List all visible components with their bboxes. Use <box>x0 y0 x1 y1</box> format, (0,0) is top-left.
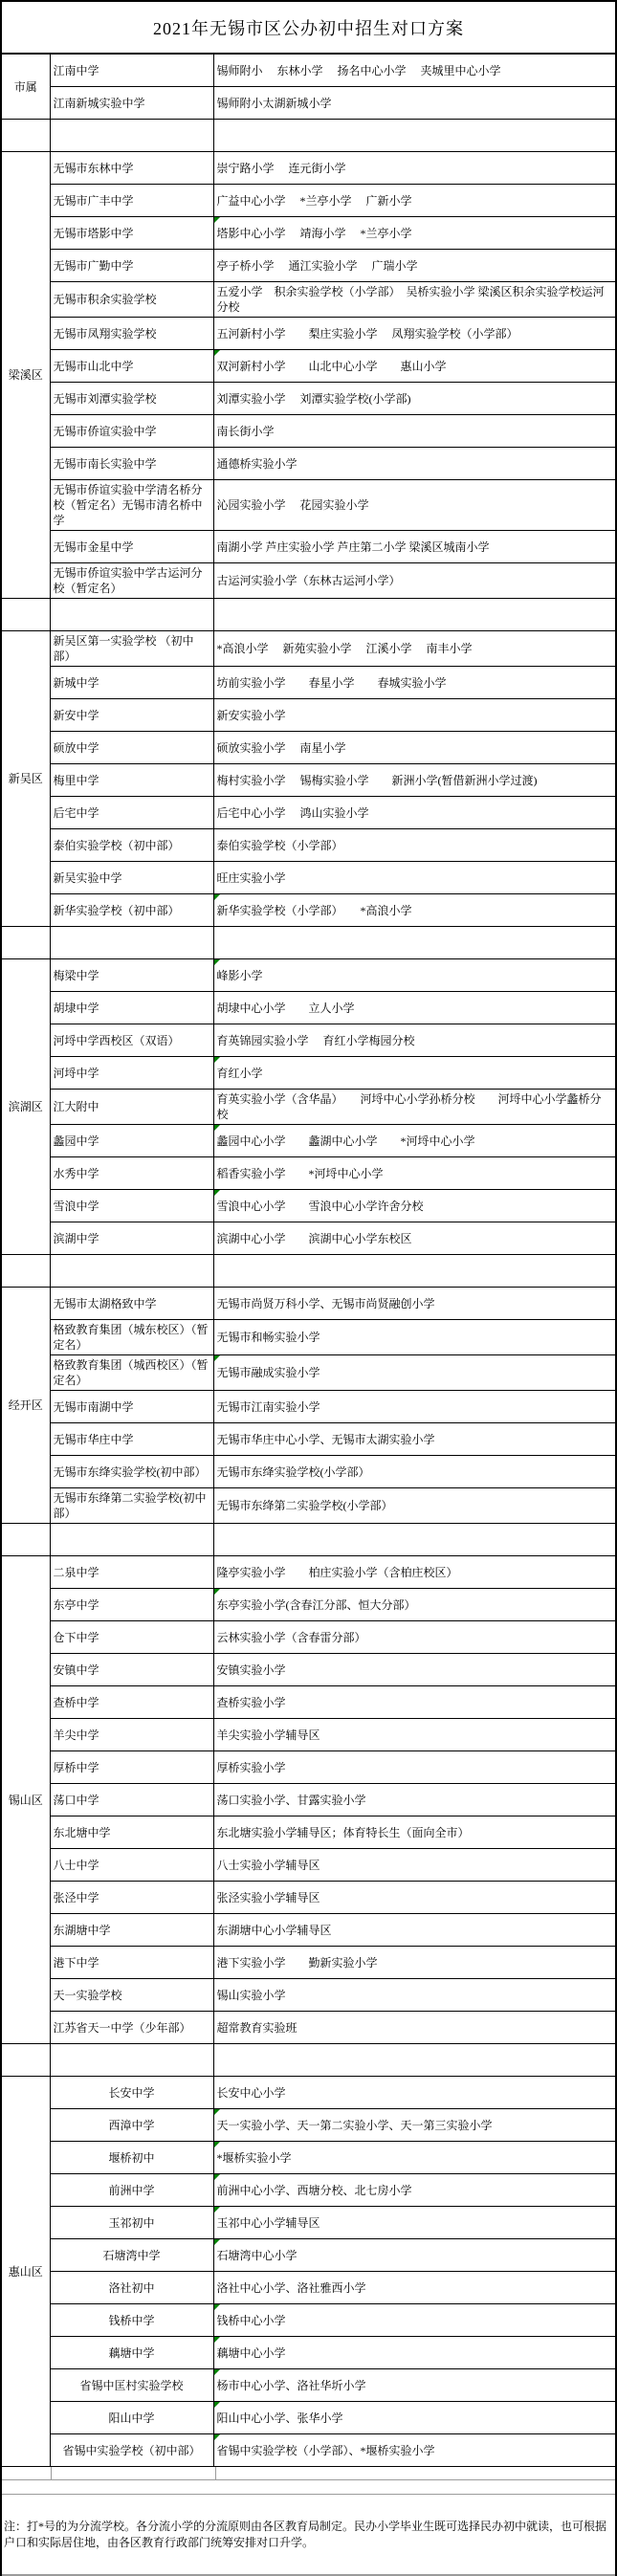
middle-school-cell: 无锡市广丰中学 <box>50 185 213 217</box>
middle-school-cell: 江南中学 <box>50 54 213 87</box>
table-row: 查桥中学查桥实验小学 <box>1 1686 616 1719</box>
separator-cell <box>1 2044 50 2077</box>
middle-school-cell: 钱桥中学 <box>50 2304 213 2337</box>
separator-cell <box>50 599 213 631</box>
primary-schools-cell: 张泾实验小学辅导区 <box>213 1882 616 1914</box>
table-row: 无锡市积余实验学校五爱小学 积余实验学校（小学部） 吴桥实验小学 梁溪区积余实验… <box>1 282 616 318</box>
middle-school-cell: 长安中学 <box>50 2077 213 2109</box>
table-row: 无锡市凤翔实验学校五河新村小学 梨庄实验小学 凤翔实验学校（小学部） <box>1 318 616 350</box>
green-corner-marker-icon <box>214 1355 220 1361</box>
table-row: 仓下中学云林实验小学（含春雷分部） <box>1 1621 616 1654</box>
table-row: 东北塘中学东北塘实验小学辅导区；体育特长生（面向全市） <box>1 1816 616 1849</box>
primary-schools-cell: 长安中心小学 <box>213 2077 616 2109</box>
district-cell: 锡山区 <box>1 1556 50 2044</box>
table-row: 天一实验学校锡山实验小学 <box>1 1979 616 2012</box>
primary-schools-cell: 无锡市东绛第二实验学校(小学部） <box>213 1488 616 1524</box>
table-row: 江苏省天一中学（少年部）超常教育实验班 <box>1 2012 616 2044</box>
table-row: 八士中学八士实验小学辅导区 <box>1 1849 616 1882</box>
separator-cell <box>213 927 616 959</box>
green-corner-marker-icon <box>214 2402 220 2408</box>
table-row: 新安中学新安实验小学 <box>1 699 616 732</box>
green-corner-marker-icon <box>214 2109 220 2115</box>
footnote-box: 注：打*号的为分流学校。各分流小学的分流原则由各区教育局制定。民办小学毕业生既可… <box>2 2495 615 2576</box>
primary-schools-cell: 隆亭实验小学 柏庄实验小学（含柏庄校区） <box>213 1556 616 1589</box>
middle-school-cell: 无锡市东林中学 <box>50 152 213 185</box>
primary-schools-cell: *高浪小学 新苑实验小学 江溪小学 南丰小学 <box>213 631 616 667</box>
middle-school-cell: 胡埭中学 <box>50 992 213 1024</box>
green-corner-marker-icon <box>214 2434 220 2440</box>
table-row: 厚桥中学厚桥实验小学 <box>1 1751 616 1784</box>
separator-cell <box>1 599 50 631</box>
primary-schools-cell: 崇宁路小学 连元街小学 <box>213 152 616 185</box>
table-row: 格致教育集团（城东校区）（暂定名）无锡市和畅实验小学 <box>1 1320 616 1355</box>
separator-cell <box>50 120 213 152</box>
table-row: 后宅中学后宅中心小学 鸿山实验小学 <box>1 797 616 829</box>
table-row: 江大附中育英实验小学（含华晶） 河埒中心小学孙桥分校 河埒中心小学蠡桥分校 <box>1 1090 616 1125</box>
middle-school-cell: 荡口中学 <box>50 1784 213 1816</box>
district-cell: 滨湖区 <box>1 959 50 1255</box>
table-row: 西漳中学天一实验小学、天一第二实验小学、天一第三实验小学 <box>1 2109 616 2142</box>
green-corner-marker-icon <box>214 1190 220 1196</box>
primary-schools-cell: 安镇实验小学 <box>213 1654 616 1686</box>
primary-schools-cell: 前洲中心小学、西塘分校、北七房小学 <box>213 2174 616 2207</box>
primary-schools-cell: 无锡市融成实验小学 <box>213 1355 616 1391</box>
primary-schools-cell: 东亭实验小学(含春江分部、恒大分部） <box>213 1589 616 1621</box>
table-row: 江南新城实验中学锡师附小太湖新城小学 <box>1 87 616 120</box>
table-row: 阳山中学阳山中心小学、张华小学 <box>1 2402 616 2434</box>
primary-schools-cell: 亭子桥小学 通江实验小学 广瑞小学 <box>213 250 616 282</box>
table-row: 无锡市东绛实验学校(初中部）无锡市东绛实验学校(小学部） <box>1 1456 616 1488</box>
primary-schools-cell: 刘潭实验小学 刘潭实验学校(小学部) <box>213 383 616 415</box>
separator-cell <box>213 2044 616 2077</box>
table-row: 水秀中学稻香实验小学 *河埒中心小学 <box>1 1157 616 1190</box>
middle-school-cell: 蠡园中学 <box>50 1125 213 1157</box>
primary-schools-cell: 滨湖中心小学 滨湖中心小学东校区 <box>213 1222 616 1255</box>
primary-schools-cell: 新华实验学校（小学部） *高浪小学 <box>213 894 616 927</box>
primary-schools-cell: 洛社中心小学、洛社雅西小学 <box>213 2272 616 2304</box>
middle-school-cell: 无锡市山北中学 <box>50 350 213 383</box>
separator-cell <box>50 1255 213 1288</box>
primary-schools-cell: 羊尖实验小学辅导区 <box>213 1719 616 1751</box>
separator-row <box>1 120 616 152</box>
primary-schools-cell: 杨市中心小学、洛社华圻小学 <box>213 2369 616 2402</box>
separator-cell <box>50 1524 213 1556</box>
primary-schools-cell: 蠡园中心小学 蠡湖中心小学 *河埒中心小学 <box>213 1125 616 1157</box>
separator-cell <box>1 1255 50 1288</box>
table-row: 新吴实验中学旺庄实验小学 <box>1 862 616 894</box>
middle-school-cell: 新城中学 <box>50 667 213 699</box>
primary-schools-cell: 南湖小学 芦庄实验小学 芦庄第二小学 梁溪区城南小学 <box>213 531 616 563</box>
middle-school-cell: 东北塘中学 <box>50 1816 213 1849</box>
separator-row <box>1 927 616 959</box>
primary-schools-cell: 省锡中实验学校（小学部）、*堰桥实验小学 <box>213 2434 616 2467</box>
district-cell: 经开区 <box>1 1288 50 1524</box>
table-row: 省锡中实验学校（初中部）省锡中实验学校（小学部）、*堰桥实验小学 <box>1 2434 616 2467</box>
primary-schools-cell: 沁园实验小学 花园实验小学 <box>213 480 616 531</box>
middle-school-cell: 西漳中学 <box>50 2109 213 2142</box>
separator-row <box>1 2044 616 2077</box>
middle-school-cell: 无锡市东绛第二实验学校(初中部） <box>50 1488 213 1524</box>
middle-school-cell: 格致教育集团（城西校区）（暂定名） <box>50 1355 213 1391</box>
table-row: 雪浪中学雪浪中心小学 雪浪中心小学许舍分校 <box>1 1190 616 1222</box>
middle-school-cell: 江大附中 <box>50 1090 213 1125</box>
green-corner-marker-icon <box>214 894 220 900</box>
green-corner-marker-icon <box>214 2174 220 2180</box>
green-corner-marker-icon <box>214 1589 220 1595</box>
middle-school-cell: 格致教育集团（城东校区）（暂定名） <box>50 1320 213 1355</box>
primary-schools-cell: 胡埭中心小学 立人小学 <box>213 992 616 1024</box>
middle-school-cell: 天一实验学校 <box>50 1979 213 2012</box>
primary-schools-cell: 云林实验小学（含春雷分部） <box>213 1621 616 1654</box>
primary-schools-cell: 荡口实验小学、甘露实验小学 <box>213 1784 616 1816</box>
primary-schools-cell: 旺庄实验小学 <box>213 862 616 894</box>
primary-schools-cell: 无锡市和畅实验小学 <box>213 1320 616 1355</box>
table-row: 无锡市东绛第二实验学校(初中部）无锡市东绛第二实验学校(小学部） <box>1 1488 616 1524</box>
middle-school-cell: 泰伯实验学校（初中部） <box>50 829 213 862</box>
primary-schools-cell: 双河新村小学 山北中心小学 惠山小学 <box>213 350 616 383</box>
primary-schools-cell: 查桥实验小学 <box>213 1686 616 1719</box>
middle-school-cell: 无锡市太湖格致中学 <box>50 1288 213 1320</box>
middle-school-cell: 厚桥中学 <box>50 1751 213 1784</box>
primary-schools-cell: 东湖塘中心小学辅导区 <box>213 1914 616 1947</box>
table-row: 河埒中学西校区（双语）育英锦园实验小学 育红小学梅园分校 <box>1 1024 616 1057</box>
table-row: 经开区无锡市太湖格致中学无锡市尚贤万科小学、无锡市尚贤融创小学 <box>1 1288 616 1320</box>
middle-school-cell: 石塘湾中学 <box>50 2239 213 2272</box>
primary-schools-cell: 东北塘实验小学辅导区；体育特长生（面向全市） <box>213 1816 616 1849</box>
primary-schools-cell: 无锡市尚贤万科小学、无锡市尚贤融创小学 <box>213 1288 616 1320</box>
middle-school-cell: 新安中学 <box>50 699 213 732</box>
table-row: 河埒中学育红小学 <box>1 1057 616 1090</box>
middle-school-cell: 无锡市金星中学 <box>50 531 213 563</box>
separator-cell <box>213 1524 616 1556</box>
middle-school-cell: 新吴区第一实验学校 （初中部） <box>50 631 213 667</box>
middle-school-cell: 省锡中匡村实验学校 <box>50 2369 213 2402</box>
table-row: 新城中学坊前实验小学 春星小学 春城实验小学 <box>1 667 616 699</box>
green-corner-marker-icon <box>214 2337 220 2343</box>
table-row: 胡埭中学胡埭中心小学 立人小学 <box>1 992 616 1024</box>
green-corner-marker-icon <box>214 217 220 223</box>
middle-school-cell: 前洲中学 <box>50 2174 213 2207</box>
table-row: 洛社初中洛社中心小学、洛社雅西小学 <box>1 2272 616 2304</box>
middle-school-cell: 无锡市刘潭实验学校 <box>50 383 213 415</box>
primary-schools-cell: 藕塘中心小学 <box>213 2337 616 2369</box>
separator-cell <box>50 927 213 959</box>
primary-schools-cell: *堰桥实验小学 <box>213 2142 616 2174</box>
separator-cell <box>213 1255 616 1288</box>
middle-school-cell: 无锡市凤翔实验学校 <box>50 318 213 350</box>
middle-school-cell: 洛社初中 <box>50 2272 213 2304</box>
middle-school-cell: 东亭中学 <box>50 1589 213 1621</box>
green-corner-marker-icon <box>214 2142 220 2147</box>
footer-separator-row <box>2 2467 615 2480</box>
table-row: 滨湖区梅梁中学峰影小学 <box>1 959 616 992</box>
primary-schools-cell: 阳山中心小学、张华小学 <box>213 2402 616 2434</box>
table-row: 无锡市侨谊实验中学清名桥分校（暂定名）无锡市清名桥中学沁园实验小学 花园实验小学 <box>1 480 616 531</box>
primary-schools-cell: 锡师附小太湖新城小学 <box>213 87 616 120</box>
green-corner-marker-icon <box>214 1057 220 1063</box>
primary-schools-cell: 稻香实验小学 *河埒中心小学 <box>213 1157 616 1190</box>
middle-school-cell: 河埒中学西校区（双语） <box>50 1024 213 1057</box>
table-row: 荡口中学荡口实验小学、甘露实验小学 <box>1 1784 616 1816</box>
green-corner-marker-icon <box>214 2239 220 2245</box>
primary-schools-cell: 泰伯实验学校（小学部） <box>213 829 616 862</box>
table-row: 无锡市广勤中学亭子桥小学 通江实验小学 广瑞小学 <box>1 250 616 282</box>
separator-cell <box>1 927 50 959</box>
primary-schools-cell: 玉祁中心小学辅导区 <box>213 2207 616 2239</box>
primary-schools-cell: 锡山实验小学 <box>213 1979 616 2012</box>
primary-schools-cell: 锡师附小 东林小学 扬名中心小学 夹城里中心小学 <box>213 54 616 87</box>
primary-schools-cell: 无锡市江南实验小学 <box>213 1391 616 1423</box>
table-row: 无锡市刘潭实验学校刘潭实验小学 刘潭实验学校(小学部) <box>1 383 616 415</box>
table-row: 蠡园中学蠡园中心小学 蠡湖中心小学 *河埒中心小学 <box>1 1125 616 1157</box>
table-row: 无锡市华庄中学无锡市华庄中心小学、无锡市太湖实验小学 <box>1 1423 616 1456</box>
primary-schools-cell: 雪浪中心小学 雪浪中心小学许舍分校 <box>213 1190 616 1222</box>
table-row: 无锡市南湖中学无锡市江南实验小学 <box>1 1391 616 1423</box>
separator-row <box>1 1255 616 1288</box>
middle-school-cell: 张泾中学 <box>50 1882 213 1914</box>
middle-school-cell: 水秀中学 <box>50 1157 213 1190</box>
primary-schools-cell: 钱桥中心小学 <box>213 2304 616 2337</box>
separator-cell <box>213 120 616 152</box>
page-title: 2021年无锡市区公办初中招生对口方案 <box>0 0 617 53</box>
primary-schools-cell: 后宅中心小学 鸿山实验小学 <box>213 797 616 829</box>
middle-school-cell: 无锡市侨谊实验中学古运河分校（暂定名） <box>50 563 213 599</box>
middle-school-cell: 无锡市南长实验中学 <box>50 448 213 480</box>
green-corner-marker-icon <box>214 350 220 356</box>
table-row: 无锡市侨谊实验中学南长街小学 <box>1 415 616 448</box>
primary-schools-cell: 天一实验小学、天一第二实验小学、天一第三实验小学 <box>213 2109 616 2142</box>
table-row: 新吴区新吴区第一实验学校 （初中部）*高浪小学 新苑实验小学 江溪小学 南丰小学 <box>1 631 616 667</box>
table-row: 玉祁初中玉祁中心小学辅导区 <box>1 2207 616 2239</box>
primary-schools-cell: 硕放实验小学 南星小学 <box>213 732 616 764</box>
district-cell: 梁溪区 <box>1 152 50 599</box>
middle-school-cell: 梅里中学 <box>50 764 213 797</box>
primary-schools-cell: 峰影小学 <box>213 959 616 992</box>
table-row: 堰桥初中*堰桥实验小学 <box>1 2142 616 2174</box>
separator-row <box>1 599 616 631</box>
table-row: 东湖塘中学东湖塘中心小学辅导区 <box>1 1914 616 1947</box>
primary-schools-cell: 无锡市东绛实验学校(小学部） <box>213 1456 616 1488</box>
separator-cell <box>1 120 50 152</box>
green-corner-marker-icon <box>214 2369 220 2375</box>
table-footer-area: 注：打*号的为分流学校。各分流小学的分流原则由各区教育局制定。民办小学毕业生既可… <box>0 2467 617 2576</box>
table-row: 无锡市广丰中学广益中心小学 *兰亭小学 广新小学 <box>1 185 616 217</box>
table-row: 无锡市南长实验中学通德桥实验小学 <box>1 448 616 480</box>
separator-row <box>1 1524 616 1556</box>
middle-school-cell: 后宅中学 <box>50 797 213 829</box>
primary-schools-cell: 梅村实验小学 锡梅实验小学 新洲小学(暂借新洲小学过渡) <box>213 764 616 797</box>
middle-school-cell: 滨湖中学 <box>50 1222 213 1255</box>
middle-school-cell: 港下中学 <box>50 1947 213 1979</box>
table-row: 张泾中学张泾实验小学辅导区 <box>1 1882 616 1914</box>
district-cell: 新吴区 <box>1 631 50 927</box>
document-page: 2021年无锡市区公办初中招生对口方案 市属江南中学锡师附小 东林小学 扬名中心… <box>0 0 617 2576</box>
separator-cell <box>213 599 616 631</box>
middle-school-cell: 无锡市东绛实验学校(初中部） <box>50 1456 213 1488</box>
primary-schools-cell: 八士实验小学辅导区 <box>213 1849 616 1882</box>
table-row: 新华实验学校（初中部）新华实验学校（小学部） *高浪小学 <box>1 894 616 927</box>
table-row: 梅里中学梅村实验小学 锡梅实验小学 新洲小学(暂借新洲小学过渡) <box>1 764 616 797</box>
primary-schools-cell: 石塘湾中心小学 <box>213 2239 616 2272</box>
primary-schools-cell: 新安实验小学 <box>213 699 616 732</box>
district-cell: 市属 <box>1 54 50 120</box>
primary-schools-cell: 厚桥实验小学 <box>213 1751 616 1784</box>
table-row: 锡山区二泉中学隆亭实验小学 柏庄实验小学（含柏庄校区） <box>1 1556 616 1589</box>
middle-school-cell: 东湖塘中学 <box>50 1914 213 1947</box>
table-row: 省锡中匡村实验学校杨市中心小学、洛社华圻小学 <box>1 2369 616 2402</box>
primary-schools-cell: 港下实验小学 勤新实验小学 <box>213 1947 616 1979</box>
middle-school-cell: 江南新城实验中学 <box>50 87 213 120</box>
primary-schools-cell: 无锡市华庄中心小学、无锡市太湖实验小学 <box>213 1423 616 1456</box>
middle-school-cell: 无锡市侨谊实验中学 <box>50 415 213 448</box>
middle-school-cell: 二泉中学 <box>50 1556 213 1589</box>
primary-schools-cell: 古运河实验小学（东林古运河小学） <box>213 563 616 599</box>
middle-school-cell: 无锡市积余实验学校 <box>50 282 213 318</box>
grid-line-vertical <box>215 2467 216 2479</box>
green-corner-marker-icon <box>214 2304 220 2310</box>
primary-schools-cell: 通德桥实验小学 <box>213 448 616 480</box>
middle-school-cell: 硕放中学 <box>50 732 213 764</box>
middle-school-cell: 羊尖中学 <box>50 1719 213 1751</box>
middle-school-cell: 新华实验学校（初中部） <box>50 894 213 927</box>
district-cell: 惠山区 <box>1 2077 50 2467</box>
middle-school-cell: 新吴实验中学 <box>50 862 213 894</box>
table-row: 港下中学港下实验小学 勤新实验小学 <box>1 1947 616 1979</box>
middle-school-cell: 玉祁初中 <box>50 2207 213 2239</box>
table-row: 无锡市塔影中学塔影中心小学 靖海小学 *兰亭小学 <box>1 217 616 250</box>
table-row: 安镇中学安镇实验小学 <box>1 1654 616 1686</box>
green-corner-marker-icon <box>214 2207 220 2213</box>
table-row: 惠山区长安中学长安中心小学 <box>1 2077 616 2109</box>
primary-schools-cell: 超常教育实验班 <box>213 2012 616 2044</box>
enrollment-table: 市属江南中学锡师附小 东林小学 扬名中心小学 夹城里中心小学江南新城实验中学锡师… <box>0 53 617 2467</box>
primary-schools-cell: 广益中心小学 *兰亭小学 广新小学 <box>213 185 616 217</box>
footer-gap-row <box>2 2480 615 2495</box>
middle-school-cell: 阳山中学 <box>50 2402 213 2434</box>
table-row: 藕塘中学藕塘中心小学 <box>1 2337 616 2369</box>
primary-schools-cell: 南长街小学 <box>213 415 616 448</box>
table-row: 梁溪区无锡市东林中学崇宁路小学 连元街小学 <box>1 152 616 185</box>
footnote-text: 注：打*号的为分流学校。各分流小学的分流原则由各区教育局制定。民办小学毕业生既可… <box>4 2519 613 2551</box>
primary-schools-cell: 塔影中心小学 靖海小学 *兰亭小学 <box>213 217 616 250</box>
middle-school-cell: 河埒中学 <box>50 1057 213 1090</box>
middle-school-cell: 安镇中学 <box>50 1654 213 1686</box>
table-row: 羊尖中学羊尖实验小学辅导区 <box>1 1719 616 1751</box>
separator-cell <box>50 2044 213 2077</box>
table-row: 泰伯实验学校（初中部）泰伯实验学校（小学部） <box>1 829 616 862</box>
middle-school-cell: 仓下中学 <box>50 1621 213 1654</box>
grid-line-vertical <box>51 2467 52 2479</box>
table-row: 东亭中学东亭实验小学(含春江分部、恒大分部） <box>1 1589 616 1621</box>
middle-school-cell: 无锡市侨谊实验中学清名桥分校（暂定名）无锡市清名桥中学 <box>50 480 213 531</box>
middle-school-cell: 查桥中学 <box>50 1686 213 1719</box>
table-row: 格致教育集团（城西校区）（暂定名）无锡市融成实验小学 <box>1 1355 616 1391</box>
table-row: 石塘湾中学石塘湾中心小学 <box>1 2239 616 2272</box>
table-row: 市属江南中学锡师附小 东林小学 扬名中心小学 夹城里中心小学 <box>1 54 616 87</box>
table-row: 前洲中学前洲中心小学、西塘分校、北七房小学 <box>1 2174 616 2207</box>
middle-school-cell: 雪浪中学 <box>50 1190 213 1222</box>
middle-school-cell: 无锡市南湖中学 <box>50 1391 213 1423</box>
middle-school-cell: 无锡市华庄中学 <box>50 1423 213 1456</box>
separator-cell <box>1 1524 50 1556</box>
green-corner-marker-icon <box>214 1125 220 1131</box>
middle-school-cell: 堰桥初中 <box>50 2142 213 2174</box>
middle-school-cell: 无锡市广勤中学 <box>50 250 213 282</box>
middle-school-cell: 省锡中实验学校（初中部） <box>50 2434 213 2467</box>
primary-schools-cell: 育英实验小学（含华晶） 河埒中心小学孙桥分校 河埒中心小学蠡桥分校 <box>213 1090 616 1125</box>
primary-schools-cell: 五爱小学 积余实验学校（小学部） 吴桥实验小学 梁溪区积余实验学校运河分校 <box>213 282 616 318</box>
middle-school-cell: 无锡市塔影中学 <box>50 217 213 250</box>
table-row: 滨湖中学滨湖中心小学 滨湖中心小学东校区 <box>1 1222 616 1255</box>
table-row: 钱桥中学钱桥中心小学 <box>1 2304 616 2337</box>
middle-school-cell: 梅梁中学 <box>50 959 213 992</box>
green-corner-marker-icon <box>214 959 220 965</box>
primary-schools-cell: 育红小学 <box>213 1057 616 1090</box>
middle-school-cell: 八士中学 <box>50 1849 213 1882</box>
primary-schools-cell: 五河新村小学 梨庄实验小学 凤翔实验学校（小学部） <box>213 318 616 350</box>
enrollment-table-body: 市属江南中学锡师附小 东林小学 扬名中心小学 夹城里中心小学江南新城实验中学锡师… <box>1 54 616 2467</box>
table-row: 硕放中学硕放实验小学 南星小学 <box>1 732 616 764</box>
middle-school-cell: 藕塘中学 <box>50 2337 213 2369</box>
primary-schools-cell: 坊前实验小学 春星小学 春城实验小学 <box>213 667 616 699</box>
table-row: 无锡市金星中学南湖小学 芦庄实验小学 芦庄第二小学 梁溪区城南小学 <box>1 531 616 563</box>
table-row: 无锡市侨谊实验中学古运河分校（暂定名）古运河实验小学（东林古运河小学） <box>1 563 616 599</box>
table-row: 无锡市山北中学双河新村小学 山北中心小学 惠山小学 <box>1 350 616 383</box>
primary-schools-cell: 育英锦园实验小学 育红小学梅园分校 <box>213 1024 616 1057</box>
middle-school-cell: 江苏省天一中学（少年部） <box>50 2012 213 2044</box>
